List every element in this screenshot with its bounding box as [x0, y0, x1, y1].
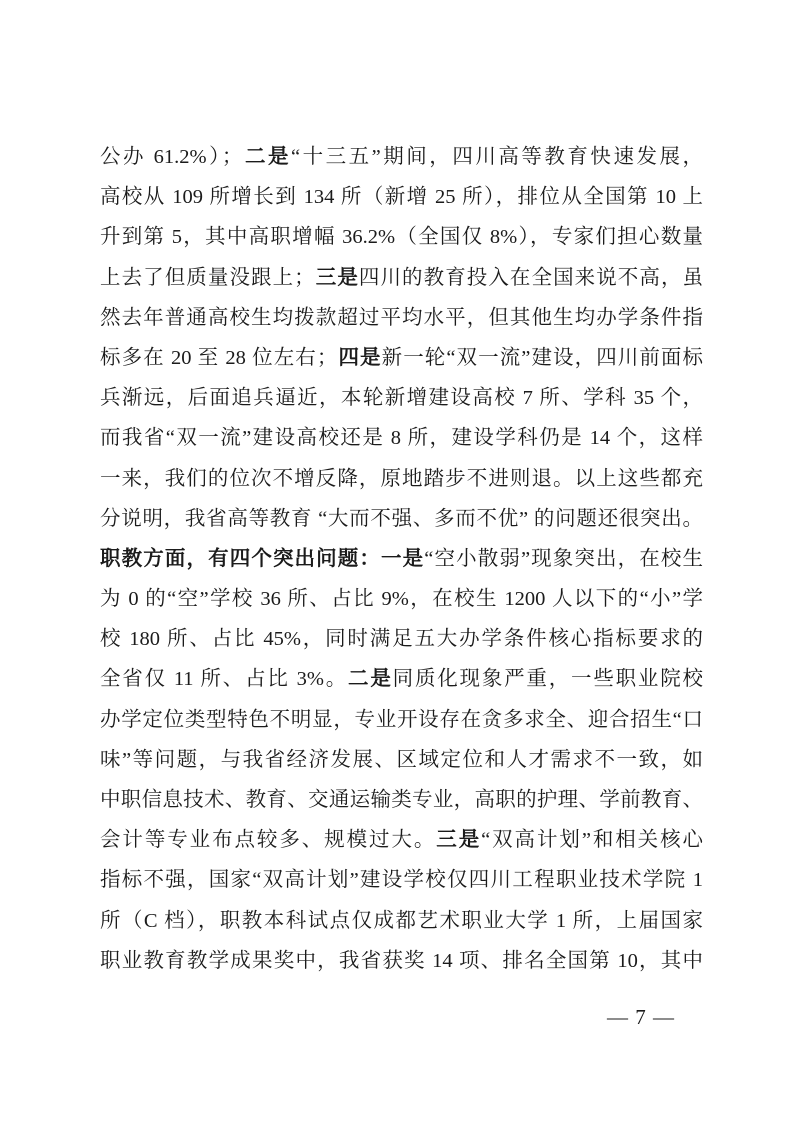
text-line: 所（C 档），职教本科试点仅成都艺术职业大学 1 所，上届国家 — [100, 901, 703, 941]
body-text-segment: 而我省“双一流”建设高校还是 8 所，建设学科仍是 14 个，这样 — [100, 427, 703, 449]
text-line: 一来，我们的位次不增反降，原地踏步不进则退。以上这些都充 — [100, 459, 703, 499]
text-line: 标多在 20 至 28 位左右；四是新一轮“双一流”建设，四川前面标 — [100, 338, 703, 378]
body-text-segment: 上去了但质量没跟上； — [100, 267, 315, 289]
document-page: 公办 61.2%）；二是“十三五”期间，四川高等教育快速发展，高校从 109 所… — [0, 0, 793, 1122]
body-text-segment: “空小散弱”现象突出，在校生 — [424, 548, 703, 570]
text-line: 兵渐远，后面追兵逼近，本轮新增建设高校 7 所、学科 35 个， — [100, 378, 703, 418]
text-line: 职业教育教学成果奖中，我省获奖 14 项、排名全国第 10，其中 — [100, 941, 703, 981]
body-text-segment: 职业教育教学成果奖中，我省获奖 14 项、排名全国第 10，其中 — [100, 950, 703, 972]
emphasis-text: 职教方面，有四个突出问题：一是 — [100, 547, 424, 570]
body-text-segment: 新一轮“双一流”建设，四川前面标 — [382, 347, 703, 369]
body-text-segment: 四川的教育投入在全国来说不高，虽 — [359, 267, 703, 289]
body-text-segment: 全省仅 11 所、占比 3%。 — [100, 668, 348, 690]
emphasis-text: 四是 — [337, 346, 381, 369]
emphasis-text: 二是 — [348, 667, 393, 690]
text-line: 中职信息技术、教育、交通运输类专业，高职的护理、学前教育、 — [100, 780, 703, 820]
body-text-segment: 公办 61.2%）； — [100, 146, 242, 168]
text-line: 上去了但质量没跟上；三是四川的教育投入在全国来说不高，虽 — [100, 258, 703, 298]
text-line: 味”等问题，与我省经济发展、区域定位和人才需求不一致，如 — [100, 740, 703, 780]
body-text-segment: 分说明，我省高等教育 “大而不强、多而不优” 的问题还很突出。 — [100, 508, 703, 530]
body-text-segment: 同质化现象严重，一些职业院校 — [393, 668, 703, 690]
body-text-segment: 中职信息技术、教育、交通运输类专业，高职的护理、学前教育、 — [100, 789, 703, 811]
body-text-segment: 标多在 20 至 28 位左右； — [100, 347, 337, 369]
text-line: 而我省“双一流”建设高校还是 8 所，建设学科仍是 14 个，这样 — [100, 418, 703, 458]
emphasis-text: 二是 — [242, 145, 291, 168]
text-line: 然去年普通高校生均拨款超过平均水平，但其他生均办学条件指 — [100, 298, 703, 338]
body-text-segment: 味”等问题，与我省经济发展、区域定位和人才需求不一致，如 — [100, 749, 703, 771]
text-line: 职教方面，有四个突出问题：一是“空小散弱”现象突出，在校生 — [100, 539, 703, 579]
body-text-segment: 高校从 109 所增长到 134 所（新增 25 所），排位从全国第 10 上 — [100, 186, 703, 208]
page-number: — 7 — — [607, 1002, 675, 1032]
body-text-segment: 然去年普通高校生均拨款超过平均水平，但其他生均办学条件指 — [100, 307, 703, 329]
body-text-segment: 办学定位类型特色不明显，专业开设存在贪多求全、迎合招生“口 — [100, 709, 703, 731]
text-line: 高校从 109 所增长到 134 所（新增 25 所），排位从全国第 10 上 — [100, 177, 703, 217]
emphasis-text: 三是 — [436, 828, 481, 851]
text-line: 校 180 所、占比 45%，同时满足五大办学条件核心指标要求的 — [100, 619, 703, 659]
text-line: 公办 61.2%）；二是“十三五”期间，四川高等教育快速发展， — [100, 137, 703, 177]
emphasis-text: 三是 — [315, 266, 359, 289]
body-text-segment: 兵渐远，后面追兵逼近，本轮新增建设高校 7 所、学科 35 个， — [100, 387, 703, 409]
body-text-segment: 所（C 档），职教本科试点仅成都艺术职业大学 1 所，上届国家 — [100, 910, 703, 932]
body-text-segment: 会计等专业布点较多、规模过大。 — [100, 829, 436, 851]
text-line: 为 0 的“空”学校 36 所、占比 9%，在校生 1200 人以下的“小”学 — [100, 579, 703, 619]
body-text-segment: 一来，我们的位次不增反降，原地踏步不进则退。以上这些都充 — [100, 468, 703, 490]
body-text-segment: 为 0 的“空”学校 36 所、占比 9%，在校生 1200 人以下的“小”学 — [100, 588, 703, 610]
body-text-segment: “十三五”期间，四川高等教育快速发展， — [291, 146, 703, 168]
text-line: 会计等专业布点较多、规模过大。三是“双高计划”和相关核心 — [100, 820, 703, 860]
text-line: 升到第 5，其中高职增幅 36.2%（全国仅 8%），专家们担心数量 — [100, 217, 703, 257]
text-line: 办学定位类型特色不明显，专业开设存在贪多求全、迎合招生“口 — [100, 700, 703, 740]
text-line: 分说明，我省高等教育 “大而不强、多而不优” 的问题还很突出。 — [100, 499, 703, 539]
body-text-segment: 升到第 5，其中高职增幅 36.2%（全国仅 8%），专家们担心数量 — [100, 226, 703, 248]
body-text-block: 公办 61.2%）；二是“十三五”期间，四川高等教育快速发展，高校从 109 所… — [100, 137, 703, 981]
text-line: 指标不强，国家“双高计划”建设学校仅四川工程职业技术学院 1 — [100, 860, 703, 900]
body-text-segment: 指标不强，国家“双高计划”建设学校仅四川工程职业技术学院 1 — [100, 869, 703, 891]
body-text-segment: 校 180 所、占比 45%，同时满足五大办学条件核心指标要求的 — [100, 628, 703, 650]
body-text-segment: “双高计划”和相关核心 — [481, 829, 703, 851]
text-line: 全省仅 11 所、占比 3%。二是同质化现象严重，一些职业院校 — [100, 659, 703, 699]
